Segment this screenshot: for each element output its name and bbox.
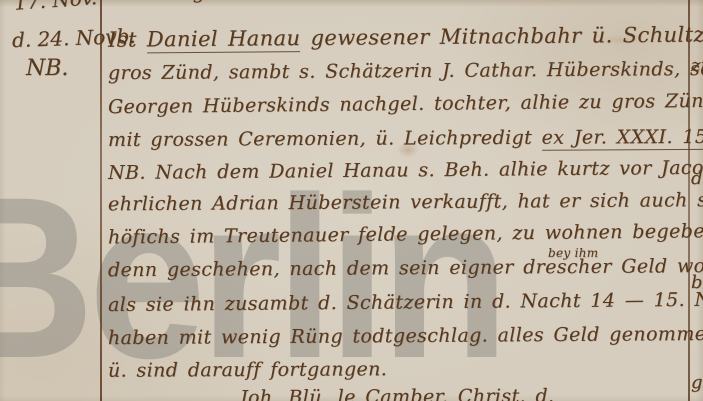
manuscript-line: haben mit wenig Rüng todtgeschlag. alles… [108, 323, 703, 349]
manuscript-line-entry-end: ü. sind darauff fortgangen. [108, 358, 387, 381]
line-text: als sie ihn zusambt d. Schätzerin in d. … [108, 288, 703, 316]
line-text: Joh. Blü. le Camber. Christ. d. [240, 385, 555, 401]
manuscript-line-bottom-fragment: Joh. Blü. le Camber. Christ. d. [240, 385, 555, 401]
manuscript-line: gros Zünd, sambt s. Schätzerin J. Cathar… [108, 58, 703, 84]
line-text: gewesener Mitnachbahr ü. Schultz zu [300, 22, 703, 50]
line-text: H. nachgel. noch ist wol zu m. [112, 0, 433, 4]
line-text: Georgen Hüberskinds nachgel. tochter, al… [108, 90, 703, 118]
manuscript-line: Georgen Hüberskinds nachgel. tochter, al… [108, 90, 703, 118]
manuscript-scan: Berlin 17. Nov. d. 24. Novb. NB. H. nach… [0, 0, 703, 401]
line-text: Ist [108, 27, 147, 51]
edge-fragment: g [691, 372, 703, 393]
line-text: haben mit wenig Rüng todtgeschlag. alles… [108, 323, 703, 349]
manuscript-line-entry-start: Ist Daniel Hanau gewesener Mitnachbahr ü… [108, 22, 703, 52]
margin-note-date-prev: 17. Nov. [13, 0, 97, 15]
line-text: gros Zünd, sambt s. Schätzerin J. Cathar… [108, 58, 703, 84]
manuscript-line-top-fragment: H. nachgel. noch ist wol zu m. [112, 0, 433, 4]
margin-rule-left [100, 0, 102, 401]
line-text: ehrlichen Adrian Hüberstein verkaufft, h… [108, 189, 703, 216]
edge-fragment: zü [691, 55, 703, 76]
manuscript-line-nb-note: NB. Nach dem Daniel Hanau s. Beh. alhie … [108, 156, 703, 184]
margin-note-nb: NB. [26, 56, 68, 81]
manuscript-line: denn geschehen, nach dem sein eigner dre… [108, 255, 703, 282]
manuscript-line: mit grossen Ceremonien, ü. Leichpredigt … [108, 125, 703, 151]
manuscript-line: höfichs im Treutenauer felde gelegen, zu… [108, 219, 703, 248]
edge-fragment: b. [691, 272, 703, 293]
interlinear-insertion: bey ihm [548, 246, 598, 260]
underlined-name-daniel-hanau: Daniel Hanau [147, 26, 301, 53]
line-text: NB. Nach dem Daniel Hanau s. Beh. alhie … [108, 156, 703, 184]
line-text: denn geschehen, nach dem sein eigner dre… [108, 255, 703, 282]
line-text: ü. sind darauff fortgangen. [108, 358, 387, 381]
line-text: höfichs im Treutenauer felde gelegen, zu… [108, 219, 703, 248]
manuscript-line: ehrlichen Adrian Hüberstein verkaufft, h… [108, 189, 703, 216]
manuscript-line-date-of-crime: als sie ihn zusambt d. Schätzerin in d. … [108, 288, 703, 316]
line-text: mit grossen Ceremonien, ü. Leichpredigt [108, 127, 542, 151]
underlined-scripture-reference: ex Jer. XXXI. 15. 16. 17. [542, 125, 703, 150]
edge-fragment: d. [691, 168, 703, 189]
